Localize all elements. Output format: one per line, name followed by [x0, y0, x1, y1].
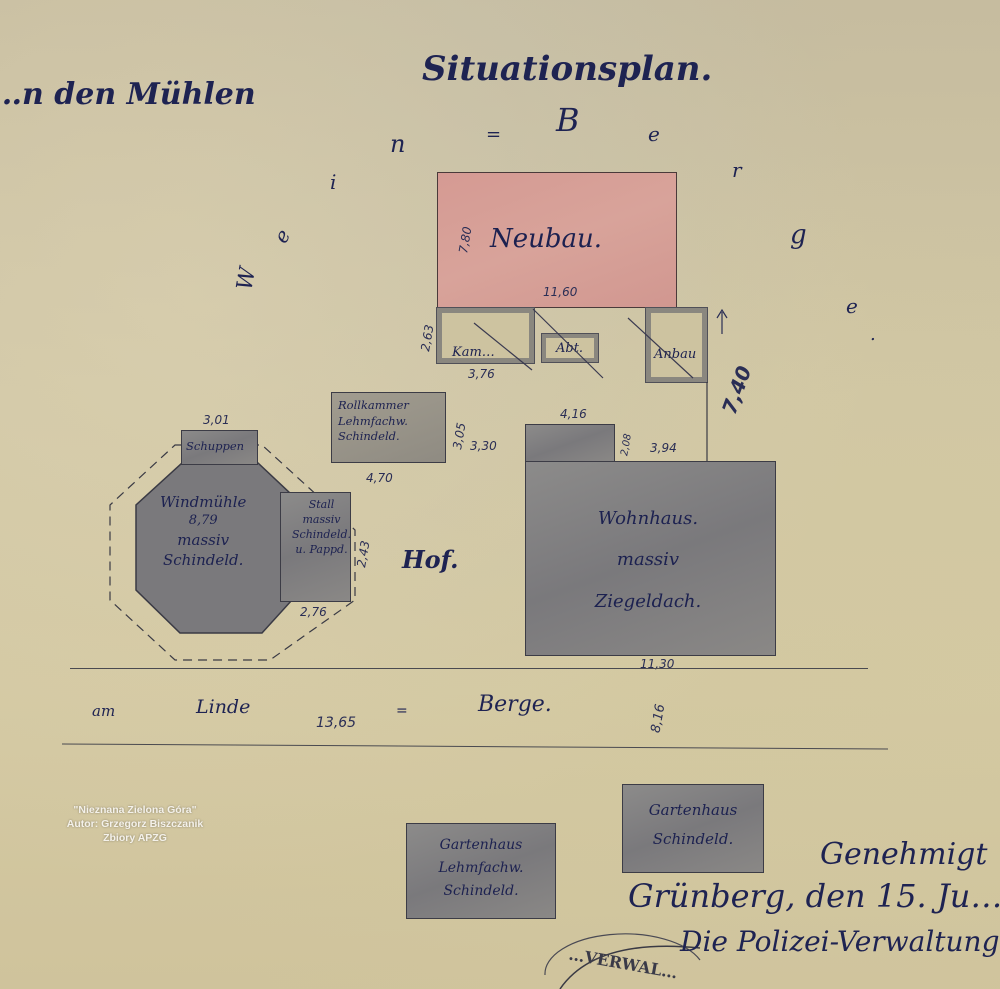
road-label-berge: Berge.: [478, 694, 552, 716]
windmuehle-label: Windmühle 8,79 massiv Schindeld.: [160, 492, 246, 570]
watermark-line-3: Zbiory APZG: [40, 831, 230, 845]
stall-dim: 2,76: [300, 606, 327, 618]
gartenhaus-left-label: Gartenhaus Lehmfachw. Schindeld.: [418, 834, 544, 903]
road-dim-left: 13,65: [316, 716, 356, 730]
schuppen-dim: 3,01: [203, 414, 230, 426]
wohnhaus-top-right-dim: 3,94: [650, 442, 677, 454]
road-edge-top: [70, 668, 868, 669]
windmuehle-line: Windmühle: [160, 492, 246, 512]
watermark-line-2: Autor: Grzegorz Biszczanik: [40, 817, 230, 831]
wohnhaus-label: Wohnhaus. massiv Ziegeldach.: [548, 498, 748, 622]
stall-line: Stall: [292, 498, 351, 513]
stall-label: Stall massiv Schindeld. u. Pappd.: [292, 498, 351, 557]
windmuehle-line: Schindeld.: [160, 550, 246, 570]
stall-line: Schindeld.: [292, 528, 351, 543]
road-label-sep: =: [396, 704, 408, 718]
gartenhaus-left-line: Lehmfachw.: [418, 857, 544, 880]
stall-line: u. Pappd.: [292, 543, 351, 558]
building-wohnhaus-annex: [525, 424, 615, 462]
schuppen-label: Schuppen: [186, 439, 244, 455]
wohnhaus-line: massiv: [548, 539, 748, 580]
yard-label: Hof.: [402, 548, 459, 572]
signature-line-2: Grünberg, den 15. Ju…: [628, 880, 1000, 912]
wohnhaus-top-left-dim: 4,16: [560, 408, 587, 420]
wohnhaus-line: Wohnhaus.: [548, 498, 748, 539]
road-label-linde: Linde: [196, 698, 250, 717]
watermark-credit: "Nieznana Zielona Góra" Autor: Grzegorz …: [40, 803, 230, 845]
gartenhaus-left-line: Gartenhaus: [418, 834, 544, 857]
gartenhaus-left-line: Schindeld.: [418, 880, 544, 903]
windmuehle-line: 8,79: [160, 512, 246, 530]
signature-line-1: Genehmigt: [820, 840, 987, 870]
road-label-am: am: [92, 704, 115, 719]
windmuehle-line: massiv: [160, 530, 246, 550]
wohnhaus-line: Ziegeldach.: [548, 581, 748, 622]
gartenhaus-right-label: Gartenhaus Schindeld.: [630, 796, 756, 853]
gartenhaus-right-line: Gartenhaus: [630, 796, 756, 825]
stall-line: massiv: [292, 513, 351, 528]
gartenhaus-right-line: Schindeld.: [630, 825, 756, 854]
signature-line-3: Die Polizei-Verwaltung…: [680, 928, 1000, 956]
watermark-line-1: "Nieznana Zielona Góra": [40, 803, 230, 817]
